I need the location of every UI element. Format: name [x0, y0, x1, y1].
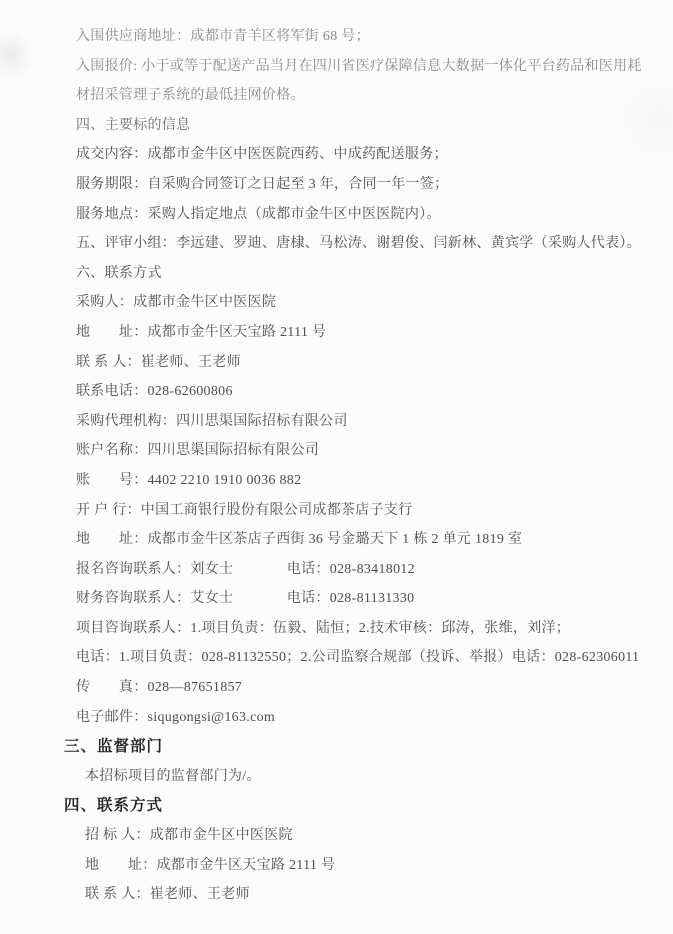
- supervision-section-heading: 三、监督部门: [64, 732, 653, 762]
- deal-content-line: 成交内容：成都市金牛区中医医院西药、中成药配送服务；: [76, 140, 653, 170]
- bidder-address-line: 地 址：成都市金牛区天宝路 2111 号: [85, 851, 653, 881]
- finance-contact-phone: 电话：028-81131330: [287, 591, 415, 606]
- signup-contact-line: 报名咨询联系人：刘女士 电话：028-83418012: [76, 555, 653, 585]
- bid-price-rule-line-1: 入围报价: 小于或等于配送产品当月在四川省医疗保障信息大数据一体化平台药品和医用…: [76, 52, 653, 82]
- account-number-line: 账 号：4402 2210 1910 0036 882: [76, 466, 653, 496]
- service-period-line: 服务期限：自采购合同签订之日起至 3 年，合同一年一签；: [76, 170, 653, 200]
- purchaser-address-line: 地 址：成都市金牛区天宝路 2111 号: [76, 318, 653, 348]
- scanned-document-page: 入围供应商地址：成都市青羊区将军街 68 号； 入围报价: 小于或等于配送产品当…: [0, 0, 673, 910]
- bank-line: 开 户 行：中国工商银行股份有限公司成都茶店子支行: [76, 496, 653, 526]
- supervision-body-line: 本招标项目的监督部门为/。: [85, 762, 653, 792]
- agency-line: 采购代理机构：四川思渠国际招标有限公司: [76, 407, 653, 437]
- bid-price-rule-line-2: 材招采管理子系统的最低挂网价格。: [76, 81, 653, 111]
- signup-contact-phone: 电话：028-83418012: [287, 562, 415, 577]
- project-contacts-line: 项目咨询联系人：1.项目负责：伍毅、陆恒；2.技术审核：邱涛，张维，刘洋；: [76, 614, 653, 644]
- contact-phone-line: 联系电话：028-62600806: [76, 377, 653, 407]
- purchaser-line: 采购人：成都市金牛区中医医院: [76, 288, 653, 318]
- finance-contact-line: 财务咨询联系人：艾女士 电话：028-81131330: [76, 584, 653, 614]
- account-name-line: 账户名称：四川思渠国际招标有限公司: [76, 436, 653, 466]
- bidder-contacts-line: 联 系 人：崔老师、王老师: [85, 880, 653, 910]
- finance-contact-label: 财务咨询联系人：艾女士: [76, 584, 283, 614]
- email-line: 电子邮件：siqugongsi@163.com: [76, 703, 653, 733]
- review-panel-line: 五、评审小组：李远建、罗迪、唐棣、马松涛、谢碧俊、闫新林、黄宾学（采购人代表）。: [76, 229, 653, 259]
- fax-line: 传 真：028—87651857: [76, 673, 653, 703]
- project-phones-line: 电话：1.项目负责：028-81132550；2.公司监察合规部（投诉、举报）电…: [76, 643, 653, 673]
- subject-section-heading: 四、主要标的信息: [76, 111, 653, 141]
- supplier-address-line: 入围供应商地址：成都市青羊区将军街 68 号；: [76, 22, 653, 52]
- agency-address-line: 地 址：成都市金牛区茶店子西街 36 号金璐天下 1 栋 2 单元 1819 室: [76, 525, 653, 555]
- bidder-line: 招 标 人：成都市金牛区中医医院: [85, 821, 653, 851]
- contact-persons-line: 联 系 人：崔老师、王老师: [76, 348, 653, 378]
- service-location-line: 服务地点：采购人指定地点（成都市金牛区中医医院内）。: [76, 200, 653, 230]
- signup-contact-label: 报名咨询联系人：刘女士: [76, 555, 283, 585]
- contact-info-section-heading: 六、联系方式: [76, 259, 653, 289]
- contact-way-section-heading: 四、联系方式: [64, 791, 653, 821]
